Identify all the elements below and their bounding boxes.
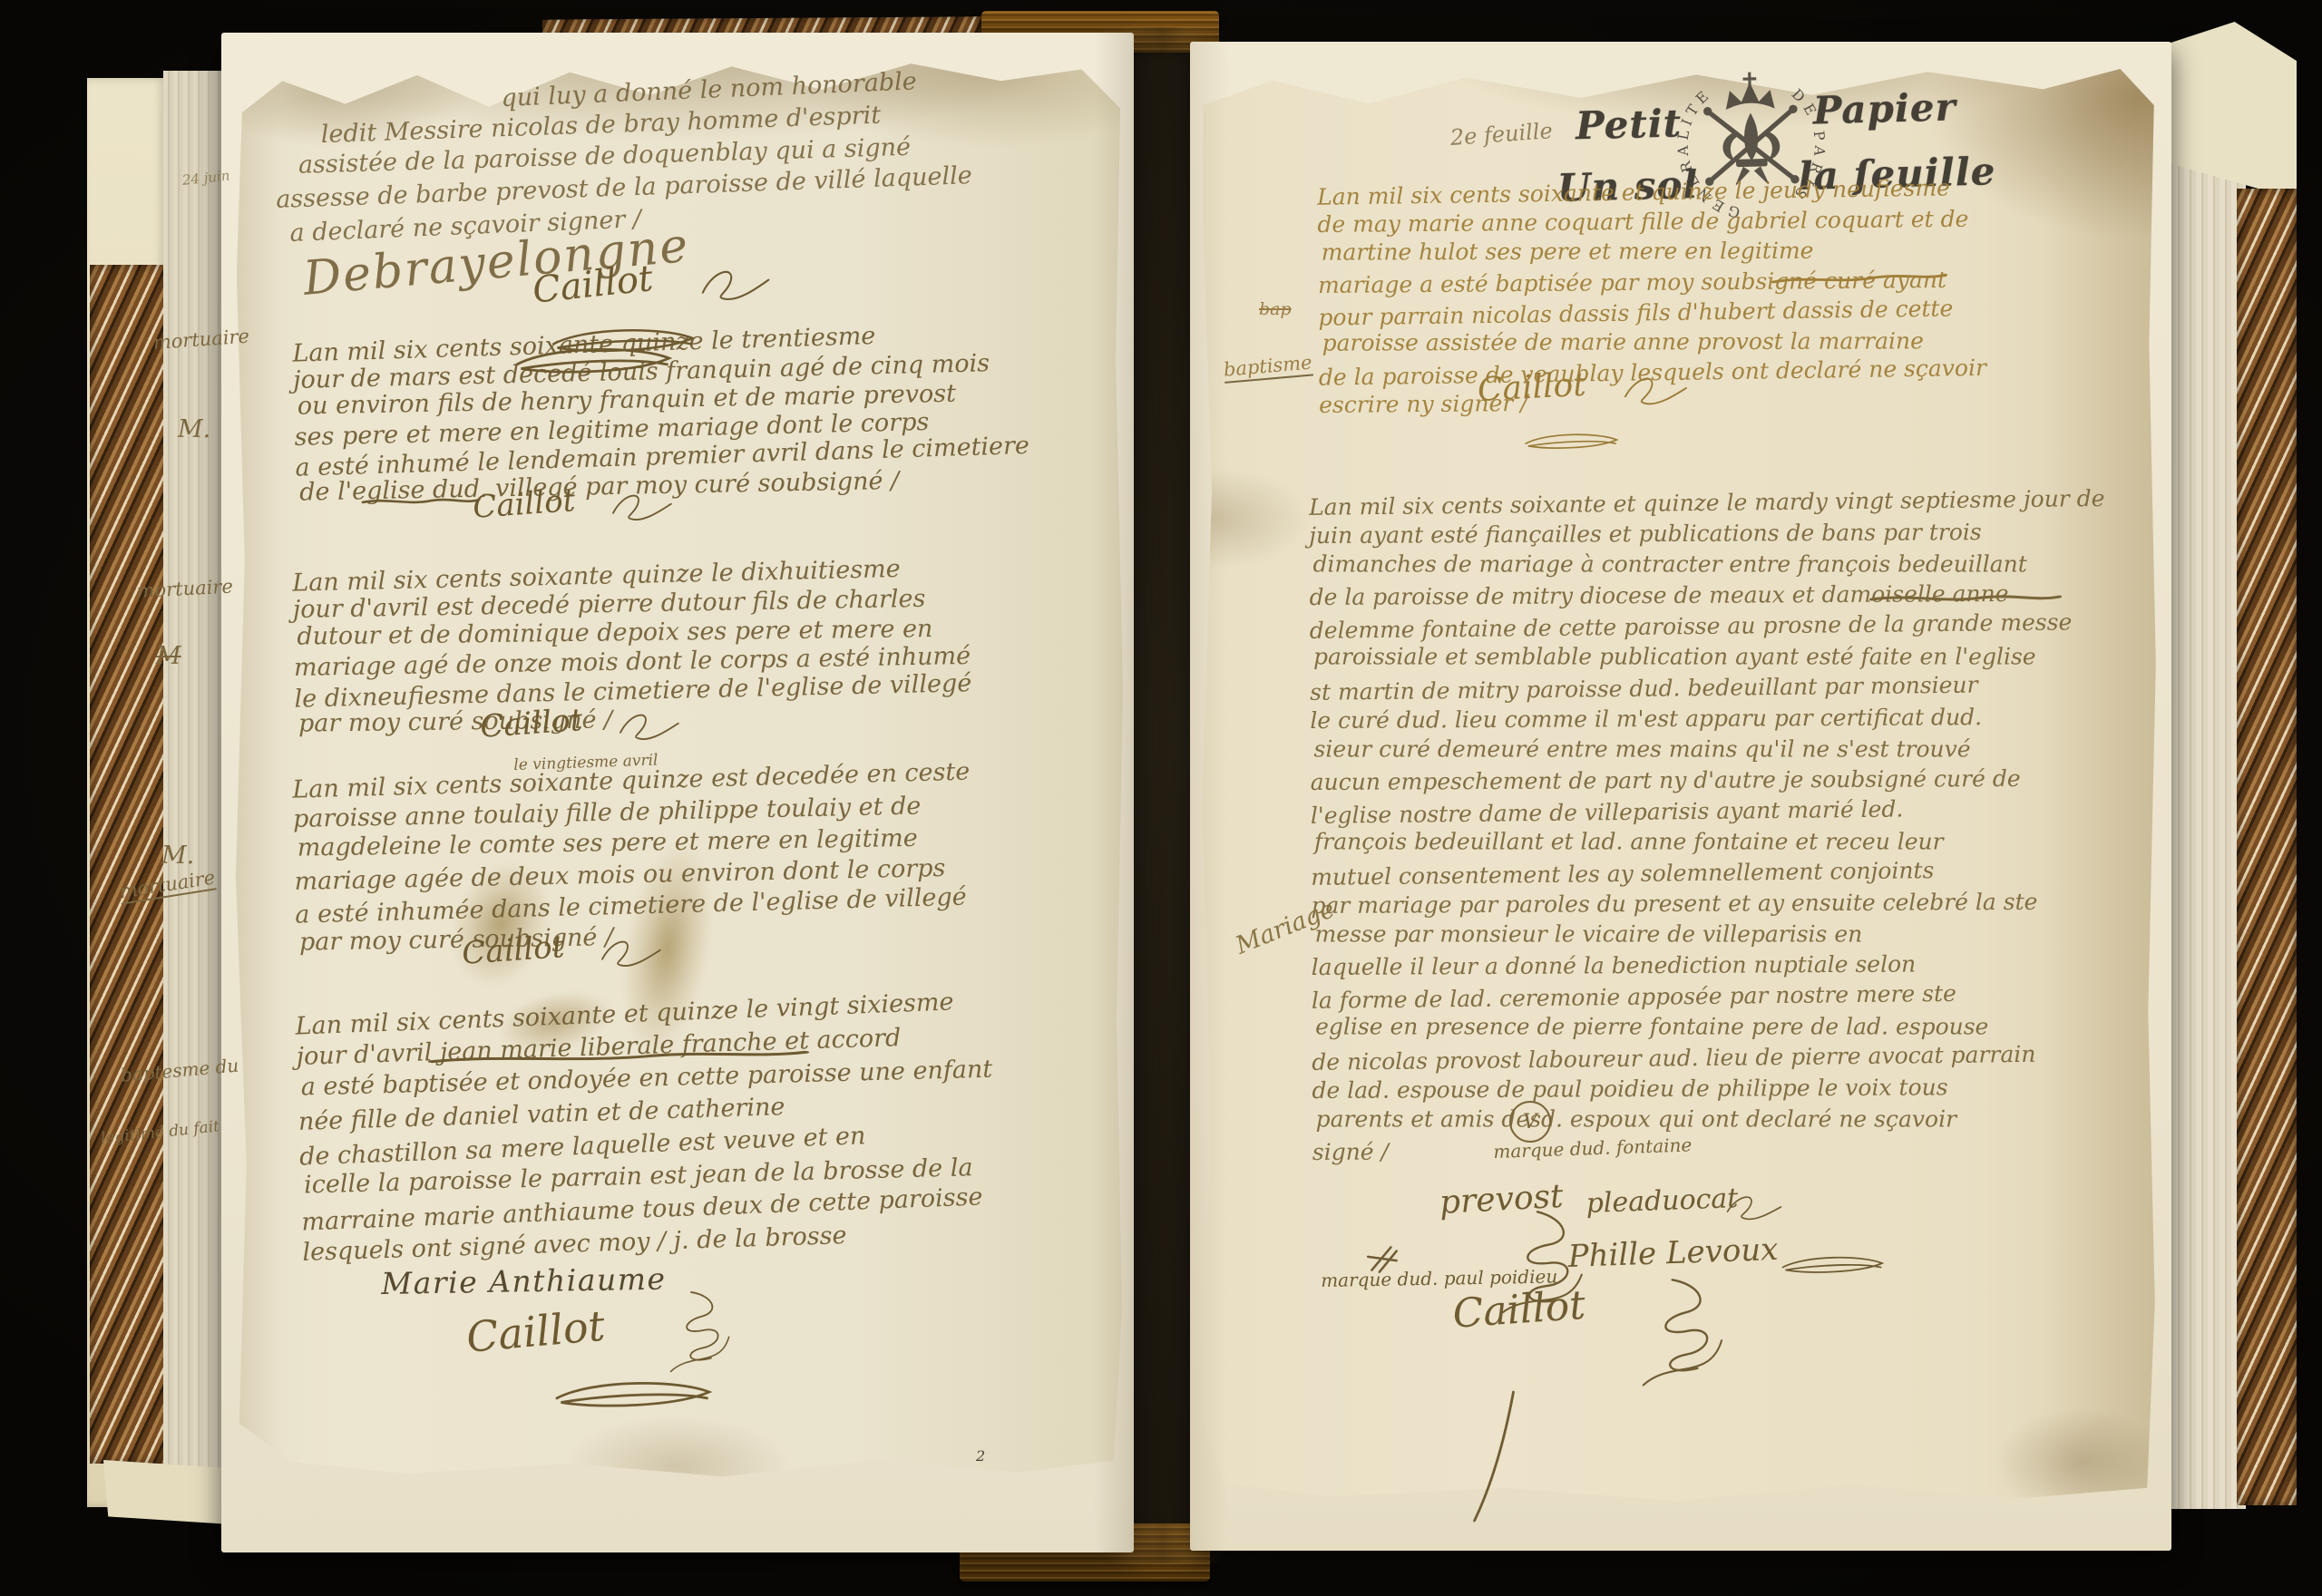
handwritten-line: parents et amis desd. espoux qui ont dec… (1316, 1105, 2169, 1135)
left-page-edge-stack (163, 71, 225, 1504)
ink-flourish-oval (1522, 424, 1622, 455)
caillot-signature: Caillot (461, 929, 566, 972)
signature-text: Caillot (461, 929, 566, 972)
baptism-entry: Lan mil six cents soixante et quinze le … (295, 983, 1101, 1269)
mark-symbol: V (1523, 1111, 1537, 1134)
burial-entry: Lan mil six cents soixante quinze est de… (292, 756, 1094, 960)
margin-note: M. (161, 842, 194, 870)
right-marbled-board (2237, 189, 2297, 1505)
open-register-book: qui luy a donné le nom honorableledit Me… (0, 0, 2322, 1596)
photograph-background: qui luy a donné le nom honorableledit Me… (0, 0, 2322, 1596)
ink-flourish-oval (1765, 1250, 1901, 1277)
caillot-signature: Caillot (1451, 1282, 1586, 1338)
marriage-entry: Lan mil six cents soixante et quinze le … (1309, 485, 2165, 1168)
margin-note: bap (1259, 299, 1292, 319)
paraph-flourish-icon (597, 930, 665, 973)
left-marbled-edge (90, 265, 170, 1464)
paraph-flourish-icon (694, 258, 776, 309)
margin-note: M. (178, 415, 210, 443)
ink-scribble (508, 337, 680, 379)
levoux-signature: Phille Levoux (1567, 1231, 1779, 1275)
signature-text: Caillot (479, 702, 584, 745)
signature-text: Caillot (472, 482, 577, 526)
burial-entry: Lan mil six cents soixante quinze le tre… (292, 317, 1094, 508)
paraph-flourish-icon (641, 1283, 748, 1378)
marie-anthiaume-signature: Marie Anthiaume (381, 1261, 667, 1301)
paraph-flourish-icon (1725, 1175, 1783, 1239)
margin-note: M (156, 642, 181, 670)
ink-strikethrough (361, 495, 481, 508)
paraph-flourish-icon (615, 704, 683, 746)
handwritten-line: dimanches de mariage à contracter entre … (1312, 550, 2165, 580)
paraph-flourish-icon (1620, 368, 1691, 412)
paraph-flourish-icon (1619, 1270, 1732, 1394)
paraph-flourish-icon (608, 484, 676, 527)
ink-flourish-oval (526, 1371, 742, 1413)
baptism-entry: Lan mil six cents soixante et quinze le … (1317, 172, 2135, 420)
caillot-signature: Caillot (472, 482, 577, 526)
handwritten-line: sieur curé demeuré entre mes mains qu'il… (1314, 735, 2167, 765)
handwritten-line: paroissiale et semblable publication aya… (1313, 642, 2166, 673)
right-page-edge-stack (2161, 53, 2246, 1509)
handwritten-line: signé / (1312, 1133, 2165, 1168)
handwritten-line: messe par monsieur le vicaire de villepa… (1315, 920, 2168, 950)
stamp-word-petit: Petit (1576, 101, 1683, 148)
signature-text: Caillot (1477, 366, 1587, 409)
handwritten-line: martine hulot ses pere et mere en legiti… (1322, 235, 2138, 268)
ink-tail-stroke (1469, 1375, 1520, 1538)
caillot-signature: Caillot (479, 702, 584, 745)
burial-entry: Lan mil six cents soixante quinze le dix… (292, 553, 1093, 741)
handwritten-line: françois bedeuillant et lad. anne fontai… (1314, 827, 2167, 858)
witness-mark-circled: V (1509, 1101, 1551, 1143)
page-number: 2 (976, 1447, 985, 1465)
caillot-signature: Caillot (1477, 366, 1587, 409)
stamp-word-papier: Papier (1812, 84, 1956, 132)
signature-text: Caillot (1451, 1282, 1586, 1338)
leaduocat-signature: pleaduocat (1585, 1182, 1739, 1220)
handwritten-line: eglise en presence de pierre fontaine pe… (1315, 1012, 2168, 1043)
ink-strikethrough (1868, 591, 2063, 606)
